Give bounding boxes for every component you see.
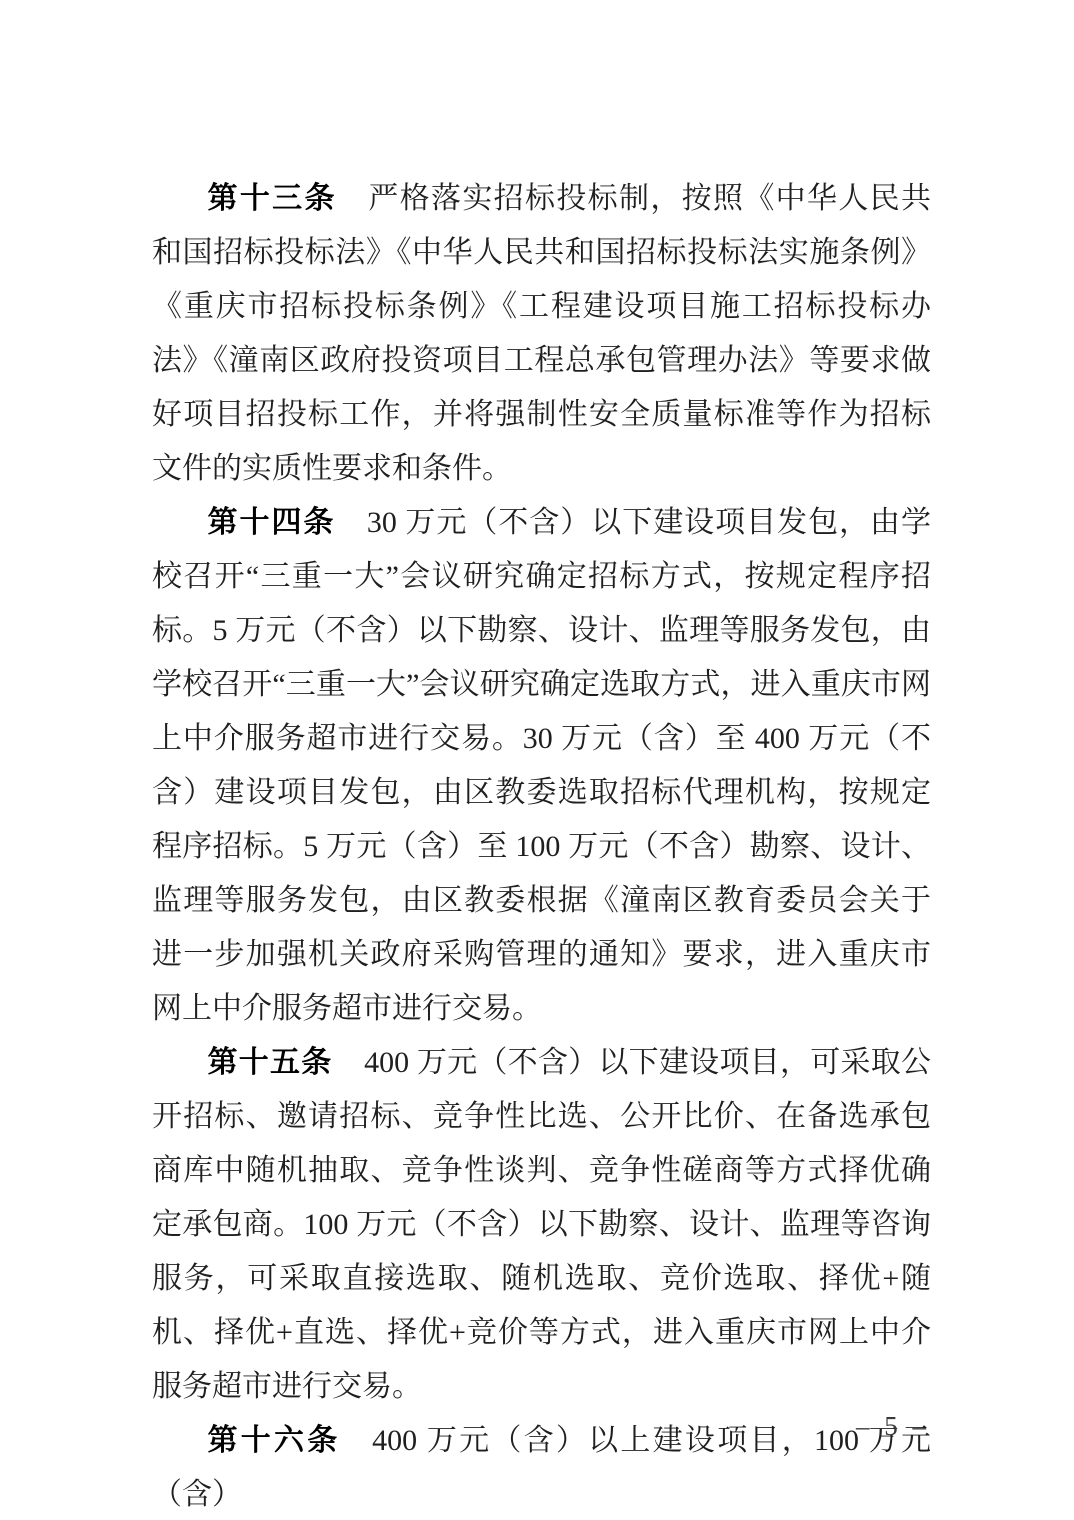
article-15-text: 400 万元（不含）以下建设项目，可采取公开招标、邀请招标、竞争性比选、公开比价…: [152, 1046, 931, 1403]
paragraph-article-15: 第十五条400 万元（不含）以下建设项目，可采取公开招标、邀请招标、竞争性比选、…: [152, 1036, 931, 1414]
page-number: – 5 –: [856, 1411, 930, 1441]
article-16-heading: 第十六条: [208, 1424, 341, 1457]
paragraph-article-14: 第十四条30 万元（不含）以下建设项目发包，由学校召开“三重一大”会议研究确定招…: [152, 496, 931, 1036]
article-15-heading: 第十五条: [208, 1046, 333, 1079]
page-footer: – 5 –: [856, 1406, 930, 1446]
document-page: 第十三条严格落实招标投标制，按照《中华人民共和国招标投标法》《中华人民共和国招标…: [0, 0, 1074, 1520]
paragraph-article-13: 第十三条严格落实招标投标制，按照《中华人民共和国招标投标法》《中华人民共和国招标…: [152, 172, 931, 496]
article-14-text: 30 万元（不含）以下建设项目发包，由学校召开“三重一大”会议研究确定招标方式，…: [152, 506, 931, 1025]
article-13-text: 严格落实招标投标制，按照《中华人民共和国招标投标法》《中华人民共和国招标投标法实…: [152, 182, 931, 485]
paragraph-article-16: 第十六条400 万元（含）以上建设项目，100 万元（含）: [152, 1414, 931, 1520]
article-13-heading: 第十三条: [208, 182, 337, 215]
document-body: 第十三条严格落实招标投标制，按照《中华人民共和国招标投标法》《中华人民共和国招标…: [152, 172, 931, 1520]
article-14-heading: 第十四条: [208, 506, 336, 539]
